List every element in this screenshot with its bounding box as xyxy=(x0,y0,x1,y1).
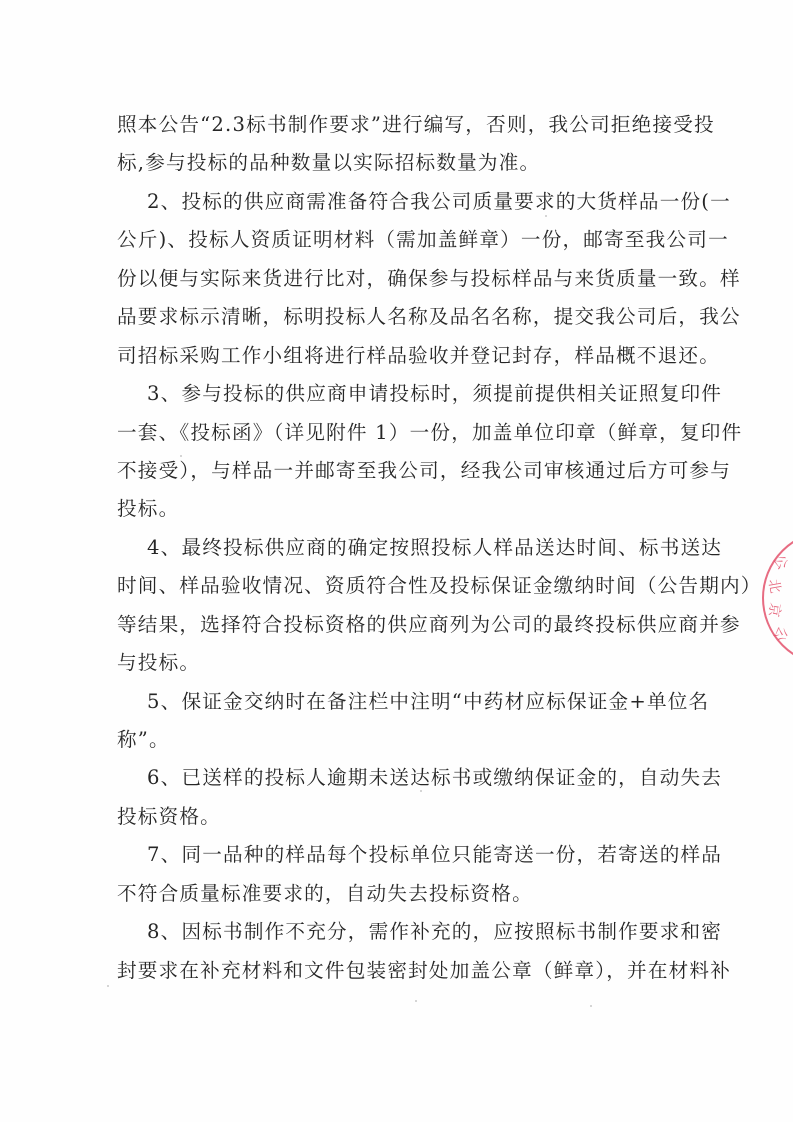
document-body: 照本公告“2.3标书制作要求”进行编写，否则，我公司拒绝接受投 标,参与投标的品… xyxy=(117,106,683,990)
scan-speck xyxy=(420,790,422,792)
paragraph-3-start: 3、参与投标的供应商申请投标时，须提前提供相关证照复印件 xyxy=(117,375,683,413)
company-seal-stamp xyxy=(762,530,793,666)
scan-speck xyxy=(590,1005,592,1007)
paragraph-2-start: 2、投标的供应商需准备符合我公司质量要求的大货样品一份(一 xyxy=(117,183,683,221)
scan-speck xyxy=(415,1000,417,1002)
document-page: 照本公告“2.3标书制作要求”进行编写，否则，我公司拒绝接受投 标,参与投标的品… xyxy=(0,0,793,1122)
scan-speck xyxy=(545,215,547,217)
paragraph-7-start: 7、同一品种的样品每个投标单位只能寄送一份，若寄送的样品 xyxy=(117,836,683,874)
paragraph-8-start: 8、因标书制作不充分，需作补充的，应按照标书制作要求和密 xyxy=(117,913,683,951)
paragraph-5-start: 5、保证金交纳时在备注栏中注明“中药材应标保证金+单位名 xyxy=(117,683,683,721)
text-line: 等结果，选择符合投标资格的供应商列为公司的最终投标供应商并参 xyxy=(117,606,683,644)
scan-speck xyxy=(107,985,109,987)
text-line: 照本公告“2.3标书制作要求”进行编写，否则，我公司拒绝接受投 xyxy=(117,106,683,144)
text-line: 不符合质量标准要求的，自动失去投标资格。 xyxy=(117,875,683,913)
text-line: 一套、《投标函》（详见附件 1）一份，加盖单位印章（鲜章，复印件 xyxy=(117,414,683,452)
text-line: 投标资格。 xyxy=(117,798,683,836)
text-line: 封要求在补充材料和文件包装密封处加盖公章（鲜章），并在材料补 xyxy=(117,952,683,990)
text-line: 时间、样品验收情况、资质符合性及投标保证金缴纳时间（公告期内） xyxy=(117,567,683,605)
scan-speck xyxy=(180,455,182,457)
text-line: 与投标。 xyxy=(117,644,683,682)
text-line: 标,参与投标的品种数量以实际招标数量为准。 xyxy=(117,144,683,182)
text-line: 品要求标示清晰，标明投标人名称及品名名称，提交我公司后，我公 xyxy=(117,298,683,336)
text-line: 称”。 xyxy=(117,721,683,759)
text-line: 司招标采购工作小组将进行样品验收并登记封存，样品概不退还。 xyxy=(117,337,683,375)
paragraph-4-start: 4、最终投标供应商的确定按照投标人样品送达时间、标书送达 xyxy=(117,529,683,567)
text-line: 不接受），与样品一并邮寄至我公司，经我公司审核通过后方可参与 xyxy=(117,452,683,490)
text-line: 公斤)、投标人资质证明材料（需加盖鲜章）一份，邮寄至我公司一 xyxy=(117,221,683,259)
text-line: 投标。 xyxy=(117,490,683,528)
text-line: 份以便与实际来货进行比对，确保参与投标样品与来货质量一致。样 xyxy=(117,260,683,298)
paragraph-6-start: 6、已送样的投标人逾期未送达标书或缴纳保证金的，自动失去 xyxy=(117,759,683,797)
